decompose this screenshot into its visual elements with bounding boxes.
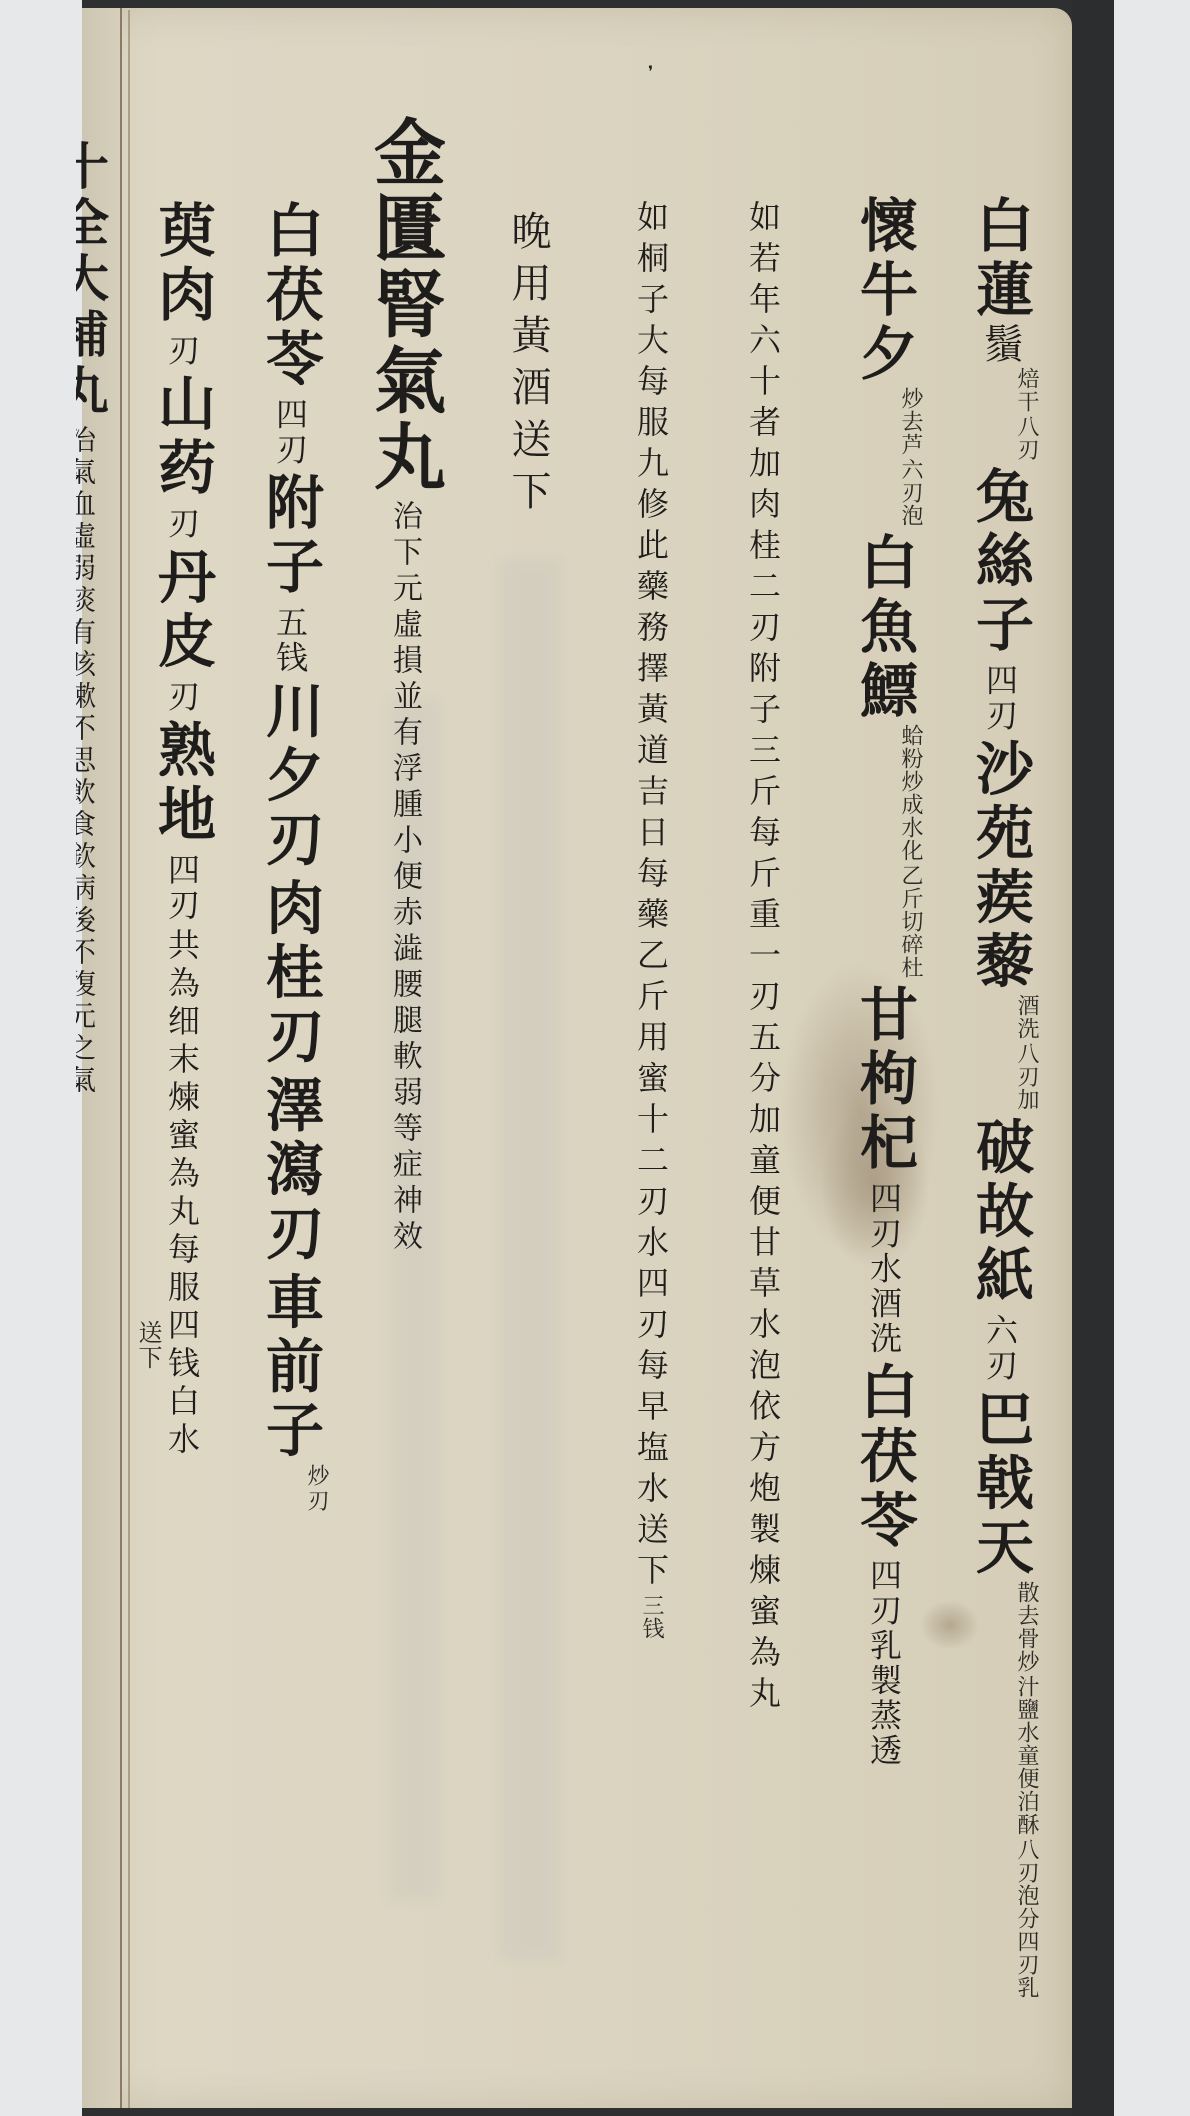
dosage: 四刃 <box>981 663 1019 733</box>
dosage: 四刃 <box>163 853 201 923</box>
previous-formula-title: 十全大補丸 <box>76 140 110 420</box>
herb-name: 萸肉 <box>148 200 216 328</box>
dosage: 刃 <box>163 679 201 714</box>
annotation: 三钱 <box>639 1594 664 1640</box>
column-8: 萸肉 刃 山药 刃 丹皮 刃 熟地 四刃 共為细末煉蜜為丸每服四钱白水 <box>140 200 224 1460</box>
herb-name: 車前子 <box>256 1272 324 1464</box>
annotation: 八刃泡分四刃乳汁鹽水童便泊酥散去骨炒 <box>1011 1581 1042 1999</box>
herb-name: 白魚鰾 <box>850 532 918 724</box>
herb-name: 白茯苓 <box>850 1361 918 1553</box>
gutter-line <box>128 10 130 2108</box>
herb-name: 肉桂刃 <box>256 877 324 1069</box>
herb-name: 巴戟天 <box>966 1389 1034 1581</box>
herb-name: 白蓮 <box>966 195 1034 323</box>
column-5-instructions: 晚用黃酒送下 <box>500 210 557 522</box>
herb-name: 白茯苓 <box>256 200 324 392</box>
herb-name: 破故紙 <box>966 1116 1034 1308</box>
annotation: 六刃泡炒去芦 <box>895 387 926 527</box>
dosage: 六刃 <box>981 1313 1019 1383</box>
formula-title-column: 金匱腎氣丸 治下元虛損並有浮腫小便赤澁腰腿軟弱等症神效 <box>352 115 456 1256</box>
dosage: 刃 <box>163 506 201 541</box>
annotation: 刃炒 <box>301 1464 332 1512</box>
dosage: 四刃乳製蒸透 <box>865 1558 903 1768</box>
column-3-instructions: 如若年六十者加肉桂二刃附子三斤每斤重一刃五分加童便甘草水泡依方炮製煉蜜為丸 <box>740 200 786 1717</box>
annotation: 八刃焙干 <box>1011 367 1042 461</box>
previous-page-text: 十全大補丸 治氣血虛弱痰有咳嗽不思飲食欽病後不復元之氣 <box>76 140 116 1097</box>
previous-formula-indication: 治氣血虛弱痰有咳嗽不思飲食欽病後不復元之氣 <box>76 425 97 1097</box>
bleed-through <box>500 560 560 1960</box>
herb-name: 兔絲子 <box>966 466 1034 658</box>
herb-name: 沙苑蒺藜 <box>966 738 1034 994</box>
dosage: 四刃 <box>271 397 309 467</box>
herb-name: 附子 <box>256 472 324 600</box>
preparation-instructions: 共為细末煉蜜為丸每服四钱白水 <box>163 928 201 1460</box>
formula-indication: 治下元虛損並有浮腫小便赤澁腰腿軟弱等症神效 <box>387 500 422 1256</box>
dosage: 五钱 <box>271 605 309 675</box>
formula-title: 金匱腎氣丸 <box>362 115 447 495</box>
herb-name-suffix: 鬚 <box>977 323 1023 367</box>
annotation: 八刃加酒洗 <box>1011 994 1042 1111</box>
herb-name: 懷牛夕 <box>850 195 918 387</box>
column-4-instructions: 如桐子大每服九修此藥務擇黃道吉日每藥乙斤用蜜十二刃水四刃每早塩水送下三钱 <box>628 200 674 1640</box>
herb-name: 川夕刃 <box>256 680 324 872</box>
annotation: 乙斤切碎杜蛤粉炒成水化 <box>895 724 926 979</box>
herb-name: 澤瀉刃 <box>256 1075 324 1267</box>
dosage: 四刃水酒洗 <box>865 1181 903 1356</box>
column-2: 懷牛夕六刃泡炒去芦 白魚鰾乙斤切碎杜蛤粉炒成水化 甘枸杞 四刃水酒洗 白茯苓 四… <box>842 195 926 1768</box>
ink-spot: ❜ <box>648 62 653 81</box>
book-edge <box>1072 0 1114 2116</box>
dosage: 刃 <box>163 333 201 368</box>
column-7: 白茯苓 四刃 附子 五钱 川夕刃 肉桂刃 澤瀉刃 車前子刃炒 <box>248 200 332 1512</box>
herb-name: 丹皮 <box>148 546 216 674</box>
herb-name: 甘枸杞 <box>850 984 918 1176</box>
column-1: 白蓮鬚八刃焙干 兔絲子 四刃 沙苑蒺藜八刃加酒洗 破故紙 六刃 巴戟天八刃泡分四… <box>958 195 1042 1999</box>
herb-name: 山药 <box>148 373 216 501</box>
column-9-instructions: 送下 <box>131 1320 166 1370</box>
herb-name: 熟地 <box>148 720 216 848</box>
